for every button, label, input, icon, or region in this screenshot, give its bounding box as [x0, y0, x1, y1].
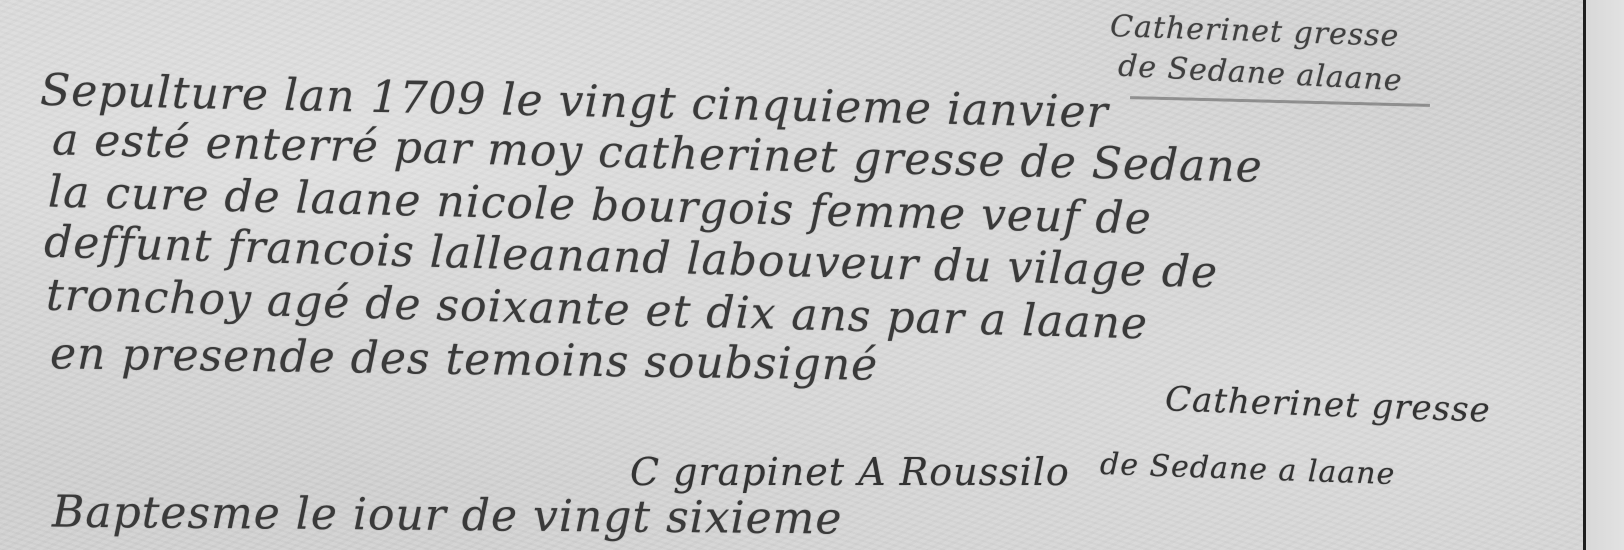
- margin-rule: [1583, 0, 1586, 550]
- margin-note-underline: [1130, 96, 1430, 107]
- adjacent-page-edge: [1586, 0, 1624, 550]
- margin-note-line-2: de Sedane alaane: [1117, 49, 1403, 99]
- signature-priest-title: de Sedane a laane: [1099, 447, 1395, 492]
- body-line-6: en presende des temoins soubsigné: [50, 328, 879, 391]
- signature-witnesses: C grapinet A Roussilo: [630, 450, 1070, 494]
- scanned-register-page: Catherinet gresse de Sedane alaane Sepul…: [0, 0, 1624, 550]
- next-entry-start: Baptesme le iour de vingt sixieme: [52, 487, 843, 545]
- margin-note-line-1: Catherinet gresse: [1109, 9, 1399, 54]
- signature-priest: Catherinet gresse: [1164, 379, 1491, 430]
